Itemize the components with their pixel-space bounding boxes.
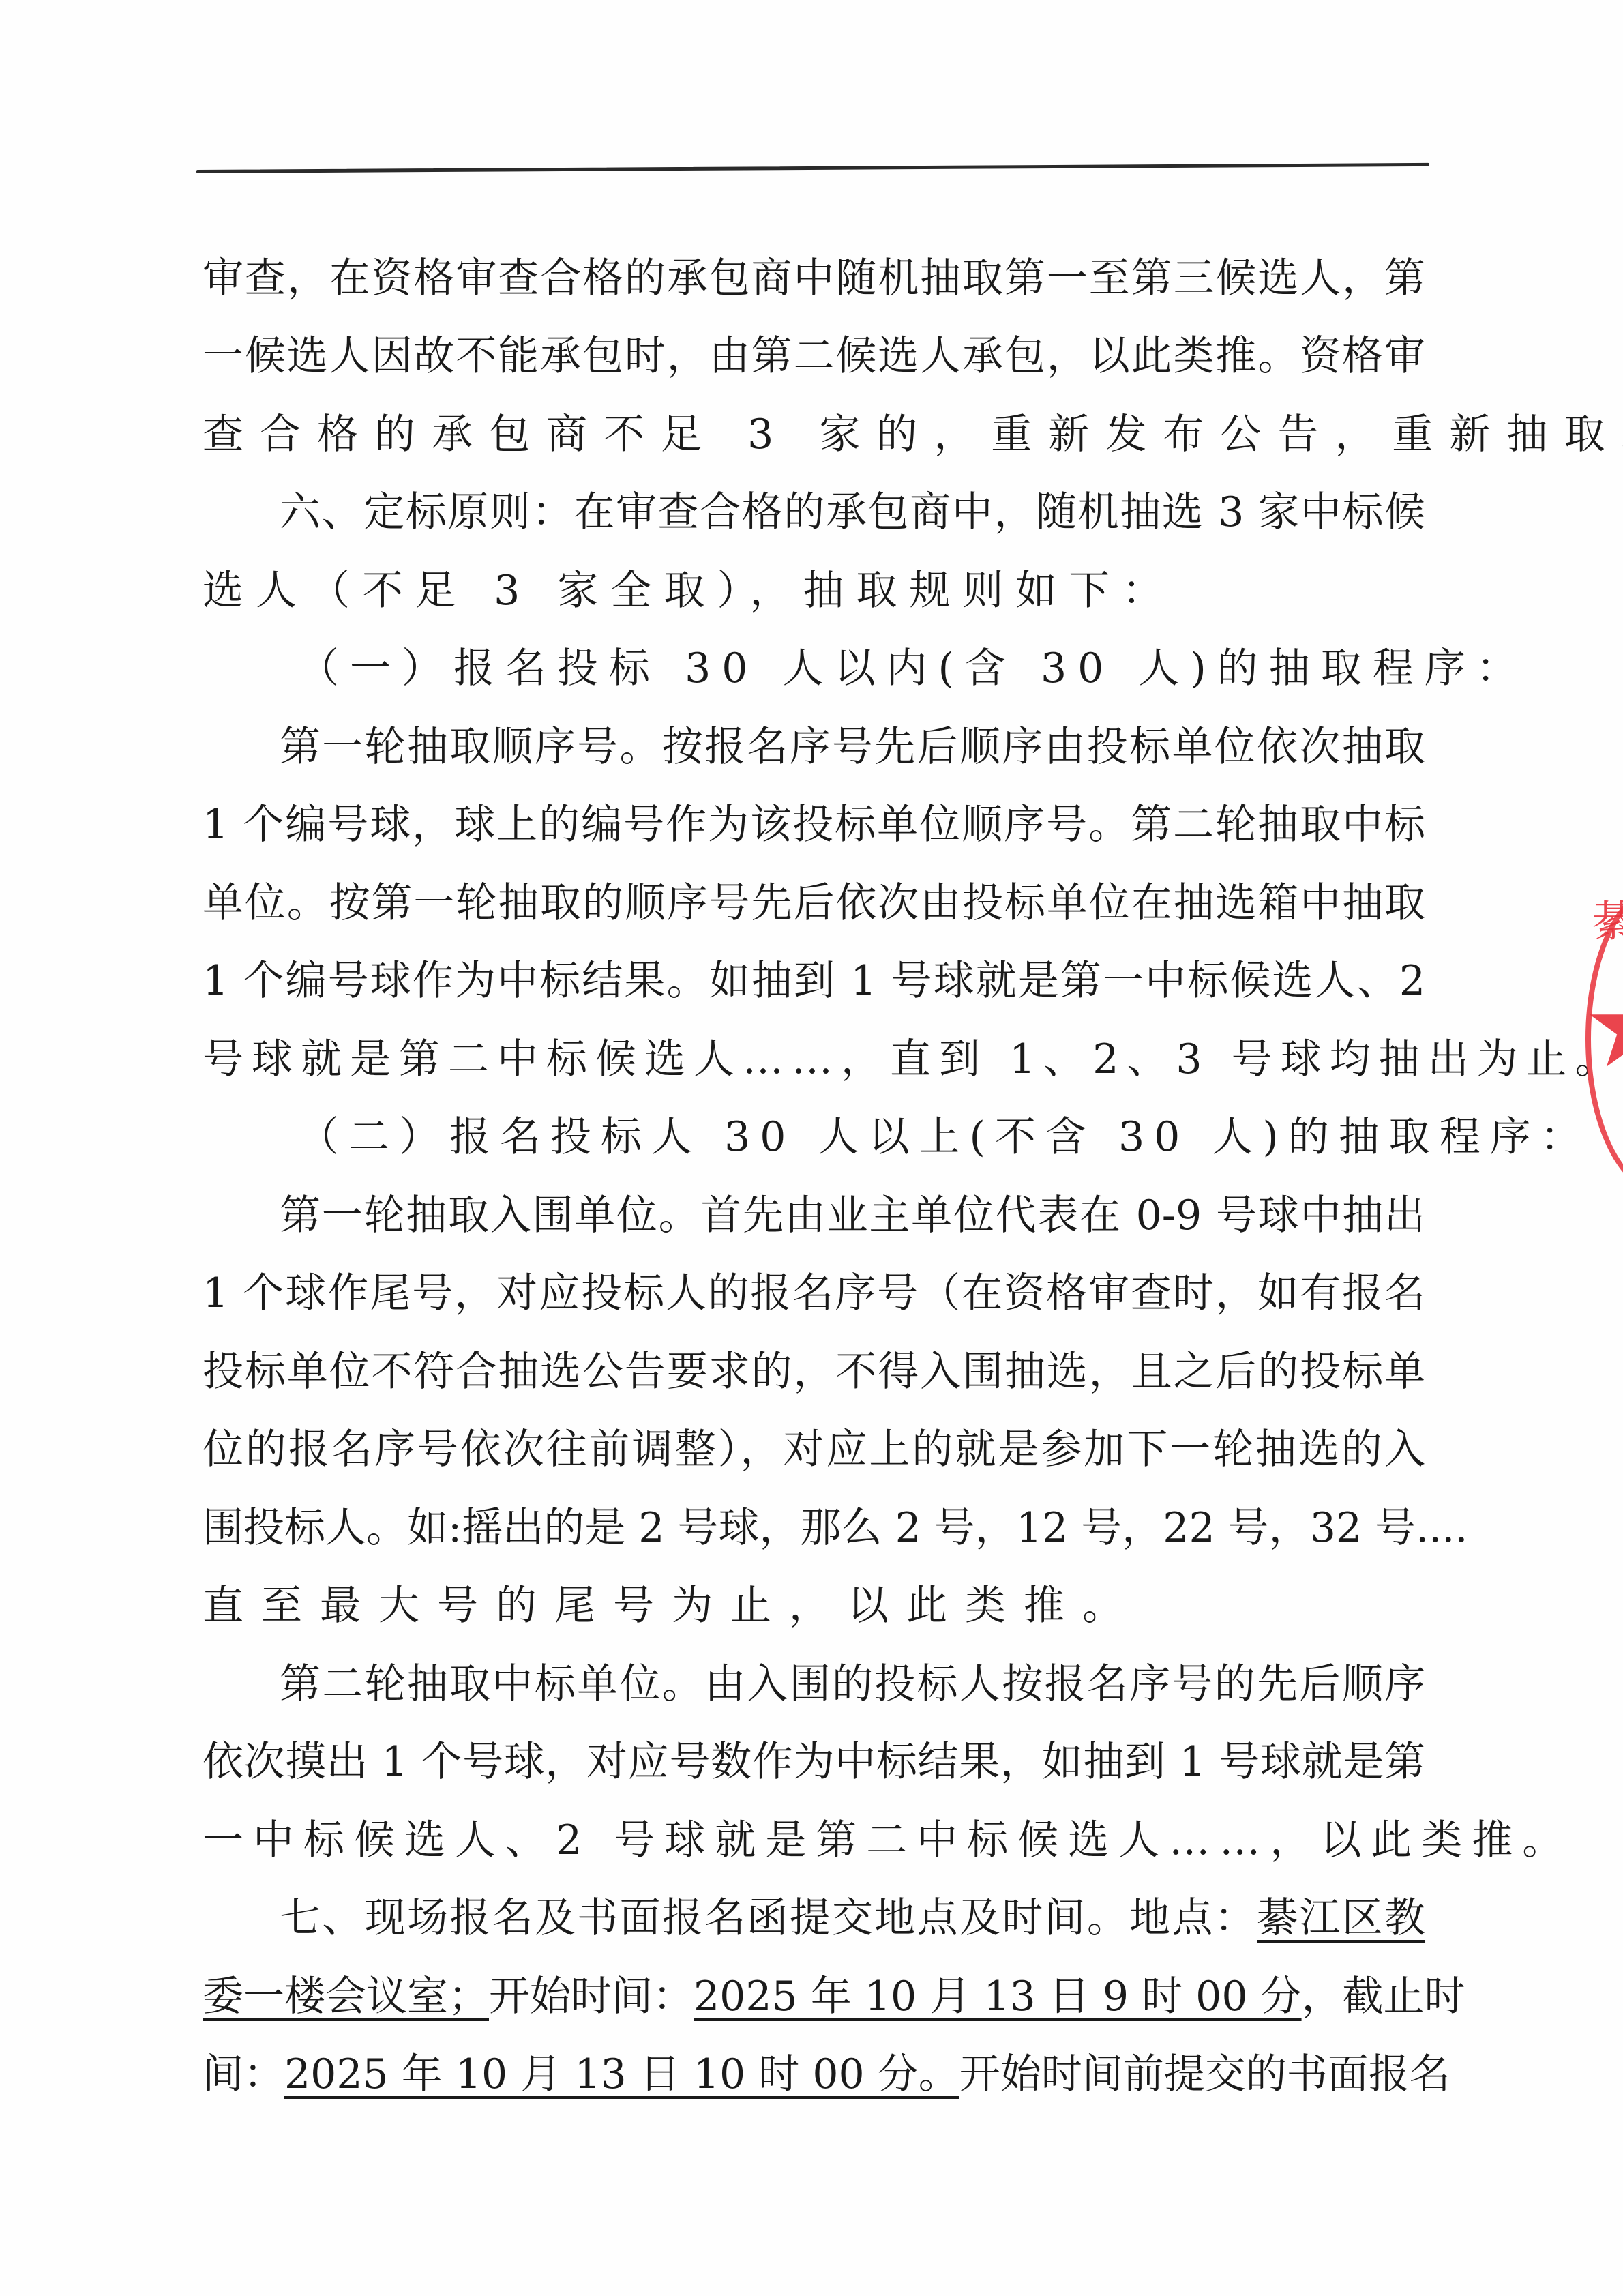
text-line-16: 位的报名序号依次往前调整），对应上的就是参加下一轮抽选的入 [203,1422,1425,1477]
seal-text: 綦 [1592,900,1623,943]
text-line-15: 投标单位不符合抽选公告要求的，不得入围抽选，且之后的投标单 [203,1344,1425,1399]
text-line-8: 1 个编号球，球上的编号作为该投标单位顺序号。第二轮抽取中标 [203,797,1425,852]
text-line-1: 审查，在资格审查合格的承包商中随机抽取第一至第三候选人，第 [203,251,1425,306]
section-7-prefix: 七、现场报名及书面报名函提交地点及时间。地点： [280,1894,1257,1942]
text-line-9: 单位。按第一轮抽取的顺序号先后依次由投标单位在抽选箱中抽取 [203,876,1425,930]
text-line-17: 围投标人。如:摇出的是 2 号球，那么 2 号，12 号，22 号，32 号..… [203,1501,1425,1555]
text-line-14: 1 个球作尾号，对应投标人的报名序号（在资格审查时，如有报名 [203,1266,1425,1321]
text-line-13: 第一轮抽取入围单位。首先由业主单位代表在 0-9 号球中抽出 [280,1188,1425,1243]
text-line-18: 直至最大号的尾号为止，以此类推。 [203,1578,1425,1633]
text-line-10: 1 个编号球作为中标结果。如抽到 1 号球就是第一中标候选人、2 [203,954,1425,1008]
location-underlined-cont: 委一楼会议室； [203,1973,489,2020]
text-line-19: 第二轮抽取中标单位。由入围的投标人按报名序号的先后顺序 [280,1657,1425,1711]
start-time-value: 2025 年 10 月 13 日 9 时 00 分 [694,1973,1302,2020]
end-time-value: 2025 年 10 月 13 日 10 时 00 分。 [284,2050,959,2098]
end-time-label-start: ，截止时 [1302,1973,1465,2020]
subsection-2-heading: （二）报名投标人 30 人以上(不含 30 人)的抽取程序： [298,1110,1266,1164]
header-rule [196,163,1429,173]
section-6-heading: 六、定标原则：在审查合格的承包商中，随机抽选 3 家中标候 [280,485,1425,540]
section-7-line-2: 委一楼会议室；开始时间：2025 年 10 月 13 日 9 时 00 分，截止… [203,1969,1425,2024]
text-line-3: 查合格的承包商不足 3 家的，重新发布公告，重新抽取。 [203,407,1425,462]
text-line-7: 第一轮抽取顺序号。按报名序号先后顺序由投标单位依次抽取 [280,720,1425,774]
location-underlined: 綦江区教 [1257,1894,1425,1942]
text-line-5: 选人（不足 3 家全取），抽取规则如下： [203,563,1425,618]
section-7-line-1: 七、现场报名及书面报名函提交地点及时间。地点：綦江区教 [280,1891,1425,1945]
section-7-continued: 开始时间前提交的书面报名 [959,2050,1450,2098]
section-7-line-3: 间：2025 年 10 月 13 日 10 时 00 分。开始时间前提交的书面报… [203,2047,1425,2102]
end-time-label-end: 间： [203,2050,284,2098]
seal-star-icon: ★ [1582,969,1623,1085]
text-line-20: 依次摸出 1 个号球，对应号数作为中标结果，如抽到 1 号球就是第 [203,1735,1425,1789]
text-line-11: 号球就是第二中标候选人……，直到 1、2、3 号球均抽出为止。 [203,1032,1425,1087]
text-line-2: 一候选人因故不能承包时，由第二候选人承包，以此类推。资格审 [203,329,1425,383]
subsection-1-heading: （一）报名投标 30 人以内(含 30 人)的抽取程序： [298,641,1266,696]
document-page: 审查，在资格审查合格的承包商中随机抽取第一至第三候选人，第 一候选人因故不能承包… [0,0,1623,2296]
text-line-21: 一中标候选人、2 号球就是第二中标候选人……，以此类推。 [203,1813,1425,1868]
start-time-label: 开始时间： [489,1973,694,2020]
